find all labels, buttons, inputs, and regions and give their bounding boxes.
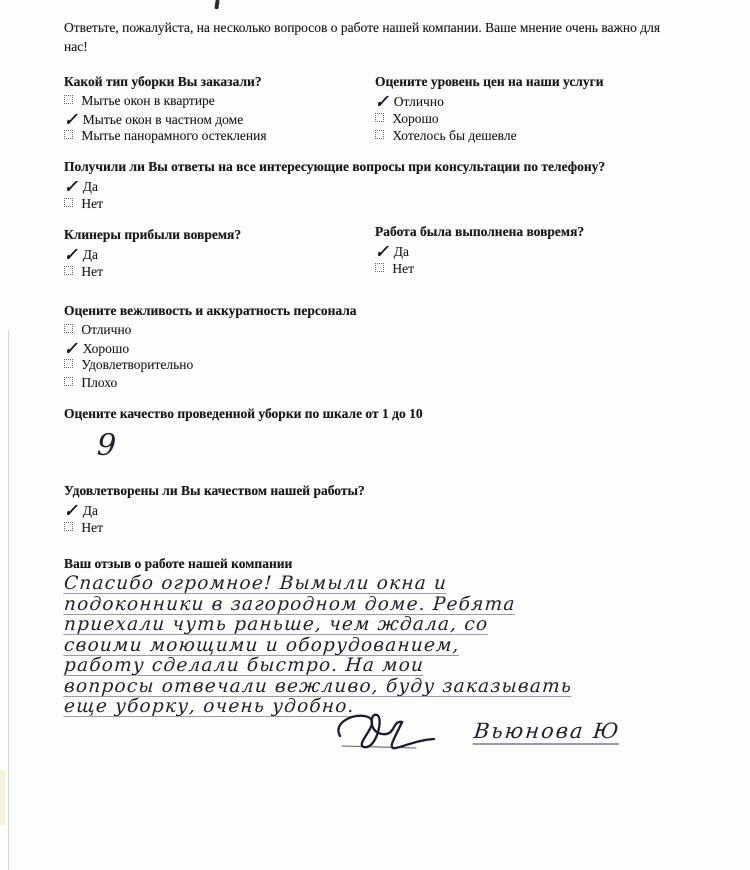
- option-row: ✓ Да: [64, 501, 494, 519]
- option-label: Да: [83, 247, 98, 262]
- option-label: Хорошо: [83, 341, 129, 356]
- checkbox-unchecked-icon: [375, 263, 384, 272]
- review-section: Ваш отзыв о работе нашей компании Спасиб…: [64, 555, 736, 718]
- option-row: ✓ Хорошо: [64, 339, 484, 357]
- option-label: Хорошо: [392, 111, 438, 126]
- option-row: Удовлетворительно: [64, 356, 484, 374]
- option-label: Хотелось бы дешевле: [392, 128, 516, 143]
- handwritten-score: 9: [96, 428, 117, 464]
- review-line: работу сделали быстро. На мои: [63, 656, 736, 677]
- option-label: Да: [394, 244, 409, 259]
- option-row: ✓ Да: [64, 177, 734, 195]
- option-label: Да: [83, 179, 98, 194]
- option-label: Нет: [81, 264, 103, 279]
- checkbox-unchecked-icon: [64, 324, 73, 333]
- question-title: Оцените уровень цен на наши услуги: [375, 73, 705, 90]
- option-row: ✓ Мытье окон в частном доме: [64, 110, 369, 128]
- option-label: Мытье окон в квартире: [81, 93, 214, 108]
- option-row: ✓ Да: [64, 245, 369, 263]
- checkmark-icon: ✓: [64, 177, 78, 196]
- checkbox-unchecked-icon: [64, 95, 73, 104]
- review-line: Спасибо огромное! Вымыли окна и: [63, 574, 736, 595]
- option-row: Нет: [64, 195, 734, 213]
- option-label: Мытье окон в частном доме: [83, 112, 243, 127]
- signature-name: Вьюнова Ю: [473, 719, 622, 743]
- checkmark-icon: ✓: [64, 339, 78, 358]
- question-quality-scale: Оцените качество проведенной уборки по ш…: [64, 405, 644, 424]
- option-row: ✓ Отлично: [375, 92, 705, 110]
- signature-row: Вьюнова Ю: [330, 708, 620, 754]
- option-label: Нет: [81, 520, 103, 535]
- question-price-level: Оцените уровень цен на наши услуги ✓ Отл…: [375, 73, 705, 145]
- option-row: Нет: [375, 260, 705, 278]
- question-title: Работа была выполнена вовремя?: [375, 223, 705, 240]
- question-title: Клинеры прибыли вовремя?: [64, 226, 369, 243]
- review-line: приехали чуть раньше, чем ждала, со: [63, 615, 736, 636]
- review-title: Ваш отзыв о работе нашей компании: [64, 555, 736, 572]
- scan-artifact: [214, 0, 219, 9]
- checkbox-unchecked-icon: [64, 130, 73, 139]
- option-row: Нет: [64, 519, 494, 537]
- checkbox-unchecked-icon: [64, 266, 73, 275]
- scan-edge-tint: [0, 770, 5, 825]
- question-satisfaction: Удовлетворены ли Вы качеством нашей рабо…: [64, 482, 494, 536]
- signature-scribble: [330, 708, 448, 754]
- option-row: ✓ Да: [375, 242, 705, 260]
- option-row: Мытье панорамного остекления: [64, 127, 369, 145]
- handwritten-review: Спасибо огромное! Вымыли окна и подоконн…: [64, 574, 736, 718]
- option-row: Плохо: [64, 374, 484, 392]
- checkbox-unchecked-icon: [64, 198, 73, 207]
- option-label: Удовлетворительно: [81, 357, 193, 372]
- checkmark-icon: ✓: [64, 110, 78, 129]
- option-label: Мытье панорамного остекления: [81, 128, 266, 143]
- review-line: подоконники в загородном доме. Ребята: [63, 595, 736, 616]
- review-line: вопросы отвечали вежливо, буду заказыват…: [63, 677, 736, 698]
- option-label: Нет: [392, 261, 414, 276]
- checkmark-icon: ✓: [64, 501, 78, 520]
- scan-edge-line: [8, 330, 9, 870]
- scanned-survey-page: Ответьте, пожалуйста, на несколько вопро…: [0, 0, 750, 870]
- checkbox-unchecked-icon: [64, 359, 73, 368]
- checkbox-unchecked-icon: [64, 522, 73, 531]
- review-line: своими моющими и оборудованием,: [63, 636, 736, 657]
- option-row: Хорошо: [375, 110, 705, 128]
- question-title: Получили ли Вы ответы на все интересующи…: [64, 158, 734, 175]
- question-title: Какой тип уборки Вы заказали?: [64, 73, 369, 90]
- option-label: Отлично: [394, 94, 444, 109]
- checkbox-unchecked-icon: [375, 113, 384, 122]
- intro-text: Ответьте, пожалуйста, на несколько вопро…: [64, 18, 682, 56]
- checkbox-unchecked-icon: [375, 130, 384, 139]
- option-row: Мытье окон в квартире: [64, 92, 369, 110]
- checkmark-icon: ✓: [64, 245, 78, 264]
- option-row: Отлично: [64, 321, 484, 339]
- question-title: Удовлетворены ли Вы качеством нашей рабо…: [64, 482, 494, 499]
- checkbox-unchecked-icon: [64, 377, 73, 386]
- question-title: Оцените вежливость и аккуратность персон…: [64, 302, 484, 319]
- option-row: Хотелось бы дешевле: [375, 127, 705, 145]
- checkmark-icon: ✓: [375, 242, 389, 261]
- option-row: Нет: [64, 263, 369, 281]
- question-phone-consultation: Получили ли Вы ответы на все интересующи…: [64, 158, 734, 212]
- question-staff-politeness: Оцените вежливость и аккуратность персон…: [64, 302, 484, 391]
- option-label: Отлично: [81, 322, 131, 337]
- checkmark-icon: ✓: [375, 92, 389, 111]
- question-cleaning-type: Какой тип уборки Вы заказали? Мытье окон…: [64, 73, 369, 145]
- option-label: Плохо: [81, 375, 117, 390]
- option-label: Нет: [81, 196, 103, 211]
- option-label: Да: [83, 503, 98, 518]
- question-work-on-time: Работа была выполнена вовремя? ✓ Да Нет: [375, 223, 705, 277]
- question-title: Оцените качество проведенной уборки по ш…: [64, 405, 644, 422]
- question-cleaners-on-time: Клинеры прибыли вовремя? ✓ Да Нет: [64, 226, 369, 280]
